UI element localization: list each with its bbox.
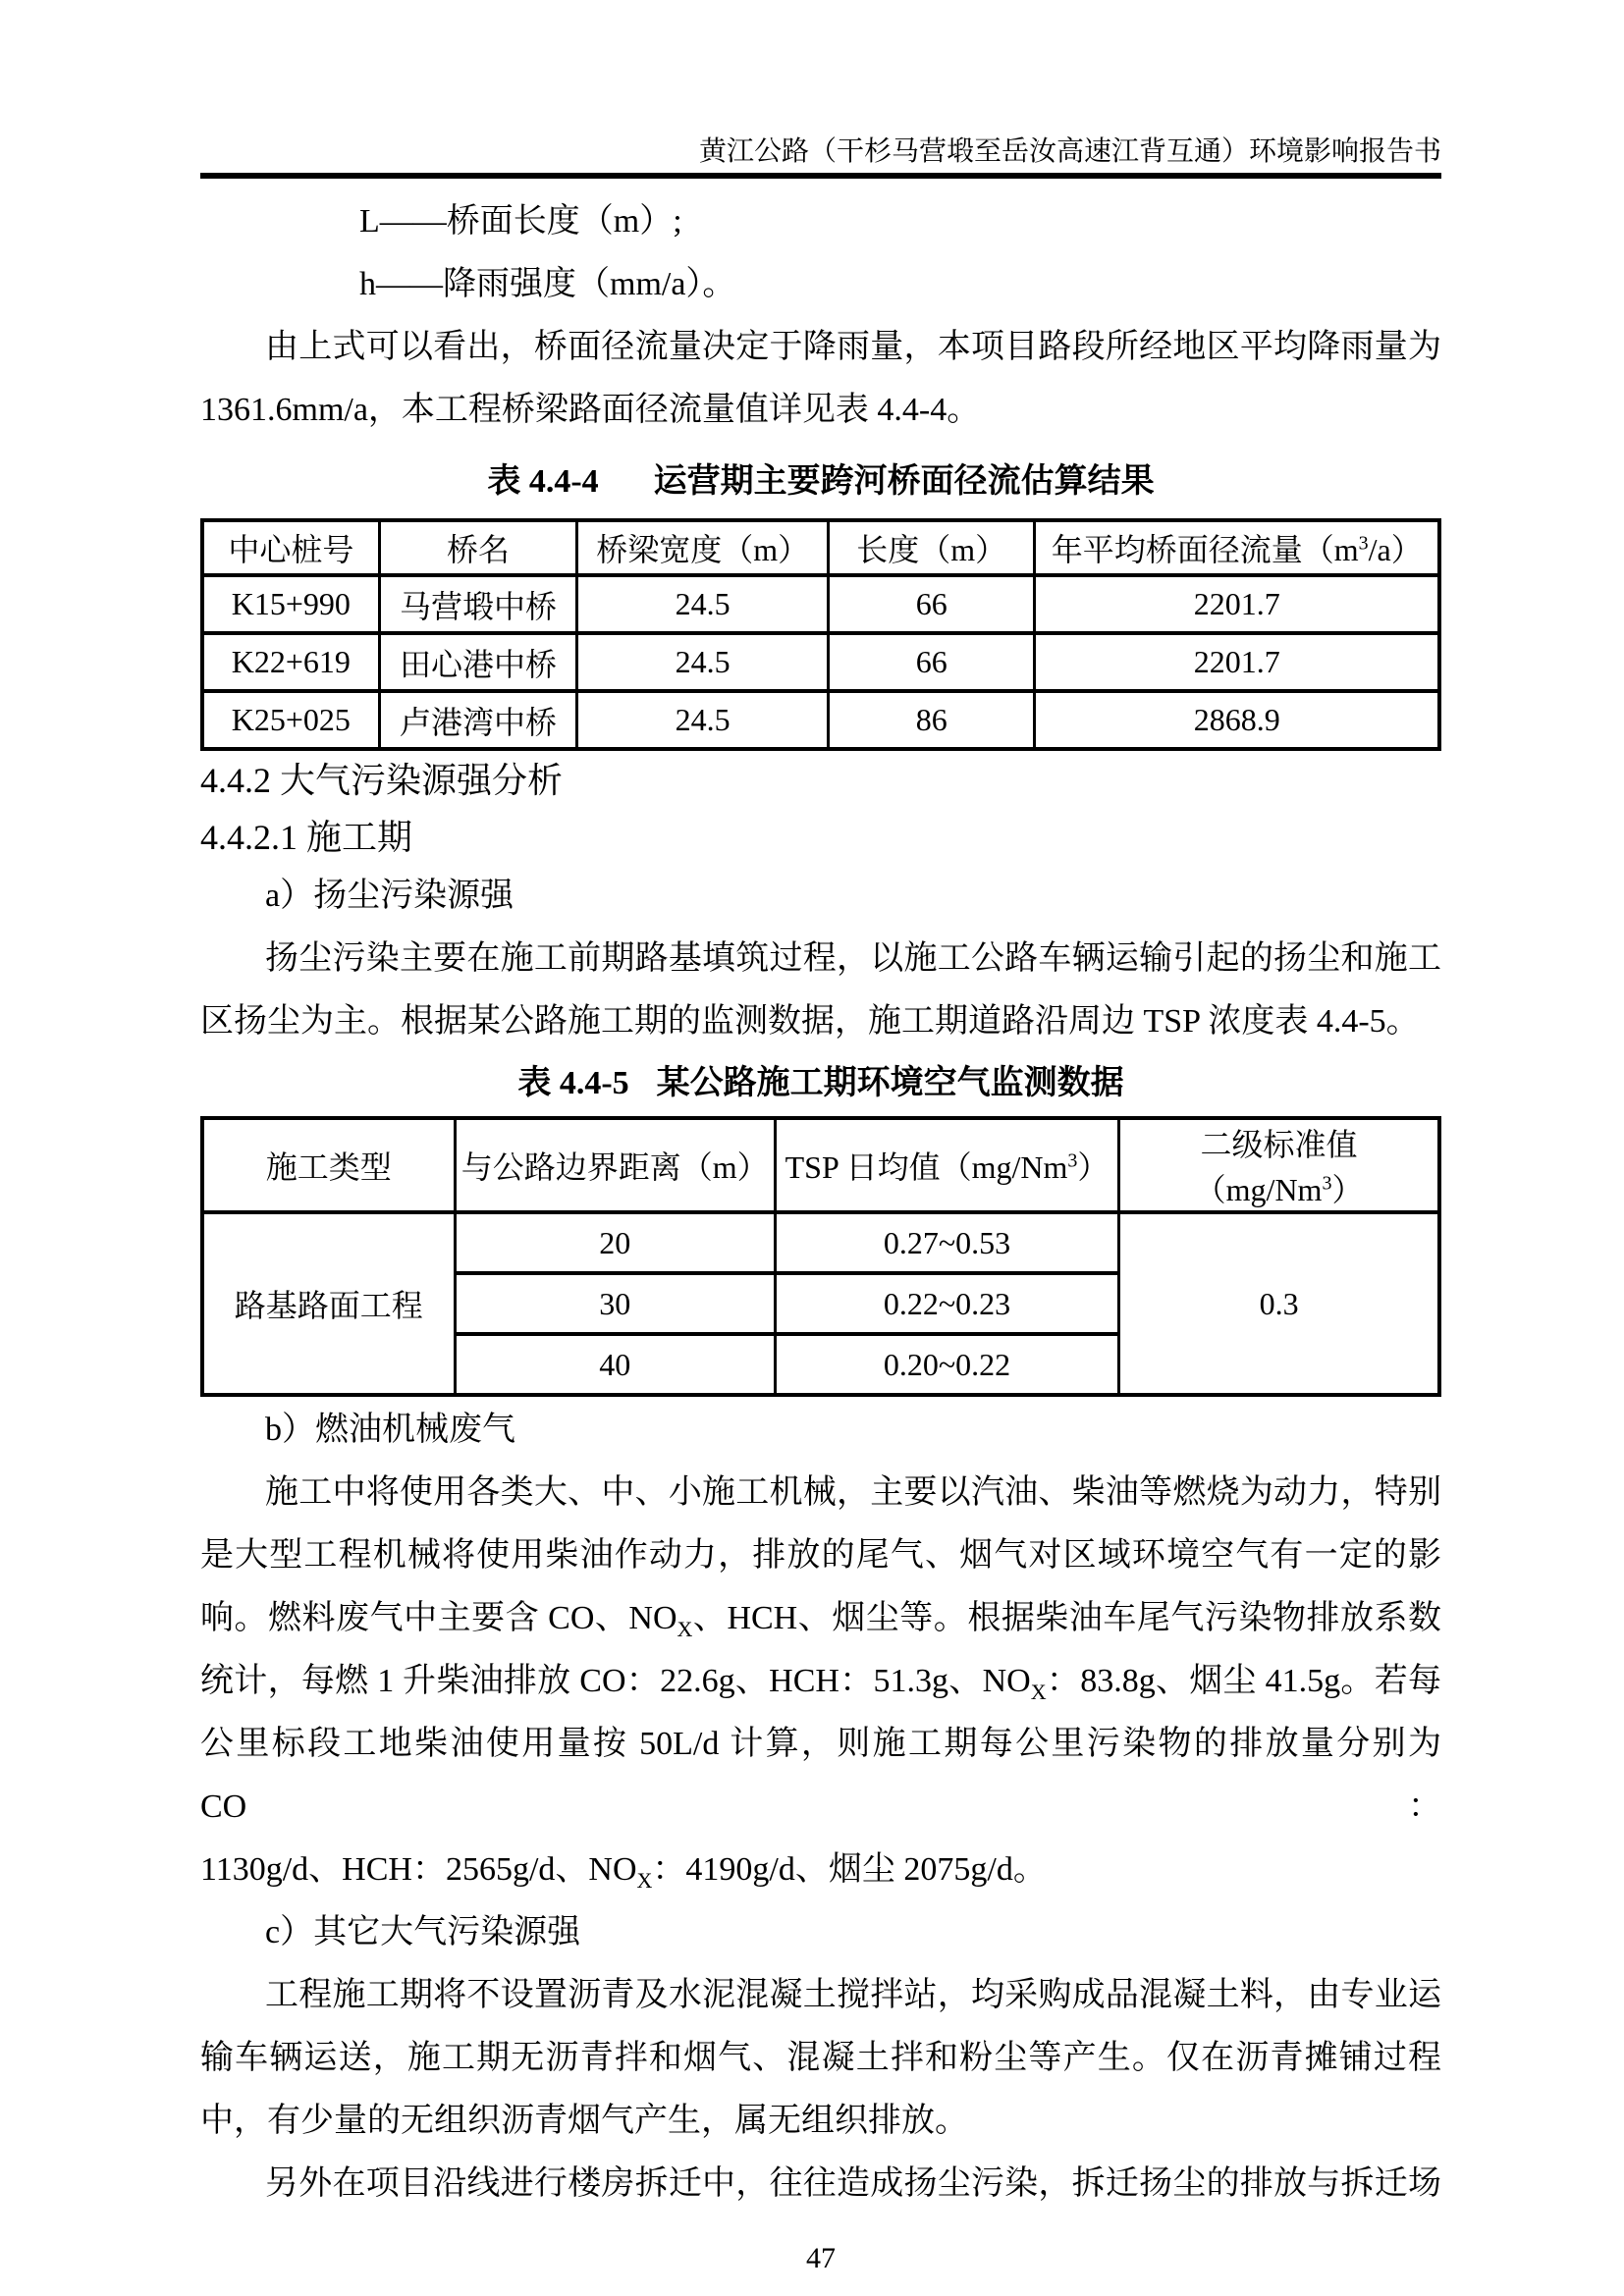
- paragraph-machinery-line3: 响。燃料废气中主要含 CO、NOX、HCH、烟尘等。根据柴油车尾气污染物排放系数: [200, 1587, 1441, 1650]
- table-row: K15+990 马营塅中桥 24.5 66 2201.7: [202, 575, 1439, 633]
- header-cell-construction-type: 施工类型: [202, 1118, 455, 1212]
- table-tsp-monitoring: 施工类型 与公路边界距离（m） TSP 日均值（mg/Nm3） 二级标准值（mg…: [200, 1116, 1441, 1397]
- paragraph-other-line1: 工程施工期将不设置沥青及水泥混凝土搅拌站，均采购成品混凝土料，由专业运: [200, 1964, 1441, 2027]
- cell-construction-type: 路基路面工程: [202, 1212, 455, 1395]
- cell-runoff: 2201.7: [1035, 633, 1439, 691]
- cell-distance: 30: [455, 1273, 775, 1334]
- header-cell-tsp-daily: TSP 日均值（mg/Nm3）: [775, 1118, 1118, 1212]
- header-cell-bridge-name: 桥名: [379, 520, 577, 575]
- paragraph-runoff-line2: 1361.6mm/a，本工程桥梁路面径流量值详见表 4.4-4。: [200, 379, 1441, 442]
- cell-length: 86: [829, 691, 1035, 749]
- cell-length: 66: [829, 575, 1035, 633]
- cell-distance: 20: [455, 1212, 775, 1273]
- paragraph-dust-line2: 区扬尘为主。根据某公路施工期的监测数据，施工期道路沿周边 TSP 浓度表 4.4…: [200, 990, 1441, 1053]
- cell-stake: K15+990: [202, 575, 379, 633]
- cell-tsp-value: 0.27~0.53: [775, 1212, 1118, 1273]
- cell-bridge-name: 田心港中桥: [379, 633, 577, 691]
- table-bridge-caption: 表 4.4-4运营期主要跨河桥面径流估算结果: [200, 457, 1441, 507]
- paragraph-machinery-line6: 1130g/d、HCH：2565g/d、NOX：4190g/d、烟尘 2075g…: [200, 1839, 1441, 1901]
- cell-length: 66: [829, 633, 1035, 691]
- paragraph-machinery-line4: 统计，每燃 1 升柴油排放 CO：22.6g、HCH：51.3g、NOX：83.…: [200, 1650, 1441, 1713]
- header-cell-distance: 与公路边界距离（m）: [455, 1118, 775, 1212]
- table-header-row: 中心桩号 桥名 桥梁宽度（m） 长度（m） 年平均桥面径流量（m3/a）: [202, 520, 1439, 575]
- table-bridge-caption-title: 运营期主要跨河桥面径流估算结果: [654, 463, 1155, 500]
- definition-line-bridge-length: L——桥面长度（m）;: [200, 190, 1441, 253]
- table-tsp-caption-label: 表 4.4-5: [517, 1065, 628, 1101]
- paragraph-demolition-line1: 另外在项目沿线进行楼房拆迁中，往往造成扬尘污染，拆迁扬尘的排放与拆迁场: [200, 2153, 1441, 2216]
- table-row: K25+025 卢港湾中桥 24.5 86 2868.9: [202, 691, 1439, 749]
- paragraph-machinery-line1: 施工中将使用各类大、中、小施工机械，主要以汽油、柴油等燃烧为动力，特别: [200, 1462, 1441, 1524]
- cell-distance: 40: [455, 1334, 775, 1395]
- table-bridge-caption-label: 表 4.4-4: [487, 463, 598, 500]
- cell-stake: K22+619: [202, 633, 379, 691]
- page-header: 黄江公路（干杉马营塅至岳汝高速江背互通）环境影响报告书: [200, 0, 1441, 173]
- page-header-title: 黄江公路（干杉马营塅至岳汝高速江背互通）环境影响报告书: [699, 136, 1441, 167]
- document-page: 黄江公路（干杉马营塅至岳汝高速江背互通）环境影响报告书 L——桥面长度（m）; …: [0, 0, 1624, 2296]
- list-item-b: b）燃油机械废气: [200, 1399, 1441, 1462]
- paragraph-other-line2: 输车辆运送，施工期无沥青拌和烟气、混凝土拌和粉尘等产生。仅在沥青摊铺过程: [200, 2027, 1441, 2090]
- cell-standard-value: 0.3: [1119, 1212, 1439, 1395]
- header-cell-stake: 中心桩号: [202, 520, 379, 575]
- paragraph-machinery-line2: 是大型工程机械将使用柴油作动力，排放的尾气、烟气对区域环境空气有一定的影: [200, 1524, 1441, 1587]
- cell-bridge-name: 卢港湾中桥: [379, 691, 577, 749]
- cell-tsp-value: 0.20~0.22: [775, 1334, 1118, 1395]
- list-item-c: c）其它大气污染源强: [200, 1901, 1441, 1964]
- cell-bridge-name: 马营塅中桥: [379, 575, 577, 633]
- header-cell-length: 长度（m）: [829, 520, 1035, 575]
- definition-line-rain-intensity: h——降雨强度（mm/a）。: [200, 253, 1441, 316]
- cell-stake: K25+025: [202, 691, 379, 749]
- cell-width: 24.5: [577, 691, 829, 749]
- header-cell-width: 桥梁宽度（m）: [577, 520, 829, 575]
- cell-tsp-value: 0.22~0.23: [775, 1273, 1118, 1334]
- cell-runoff: 2868.9: [1035, 691, 1439, 749]
- list-item-a: a）扬尘污染源强: [200, 865, 1441, 928]
- header-cell-runoff: 年平均桥面径流量（m3/a）: [1035, 520, 1439, 575]
- header-rule: [200, 173, 1441, 179]
- table-row: K22+619 田心港中桥 24.5 66 2201.7: [202, 633, 1439, 691]
- paragraph-dust-line1: 扬尘污染主要在施工前期路基填筑过程，以施工公路车辆运输引起的扬尘和施工: [200, 928, 1441, 990]
- section-heading-4-4-2-1: 4.4.2.1 施工期: [200, 816, 1441, 859]
- cell-width: 24.5: [577, 575, 829, 633]
- cell-width: 24.5: [577, 633, 829, 691]
- paragraph-runoff-line1: 由上式可以看出，桥面径流量决定于降雨量，本项目路段所经地区平均降雨量为: [200, 316, 1441, 379]
- table-header-row: 施工类型 与公路边界距离（m） TSP 日均值（mg/Nm3） 二级标准值（mg…: [202, 1118, 1439, 1212]
- table-tsp-caption: 表 4.4-5某公路施工期环境空气监测数据: [200, 1059, 1441, 1108]
- table-bridge-runoff: 中心桩号 桥名 桥梁宽度（m） 长度（m） 年平均桥面径流量（m3/a） K15…: [200, 518, 1441, 751]
- header-cell-standard: 二级标准值（mg/Nm3）: [1119, 1118, 1439, 1212]
- paragraph-other-line3: 中，有少量的无组织沥青烟气产生，属无组织排放。: [200, 2090, 1441, 2153]
- table-tsp-caption-title: 某公路施工期环境空气监测数据: [657, 1065, 1124, 1101]
- table-row: 路基路面工程 20 0.27~0.53 0.3: [202, 1212, 1439, 1273]
- cell-runoff: 2201.7: [1035, 575, 1439, 633]
- paragraph-machinery-line5: 公里标段工地柴油使用量按 50L/d 计算，则施工期每公里污染物的排放量分别为 …: [200, 1713, 1441, 1839]
- page-number: 47: [200, 2239, 1441, 2278]
- section-heading-4-4-2: 4.4.2 大气污染源强分析: [200, 759, 1441, 802]
